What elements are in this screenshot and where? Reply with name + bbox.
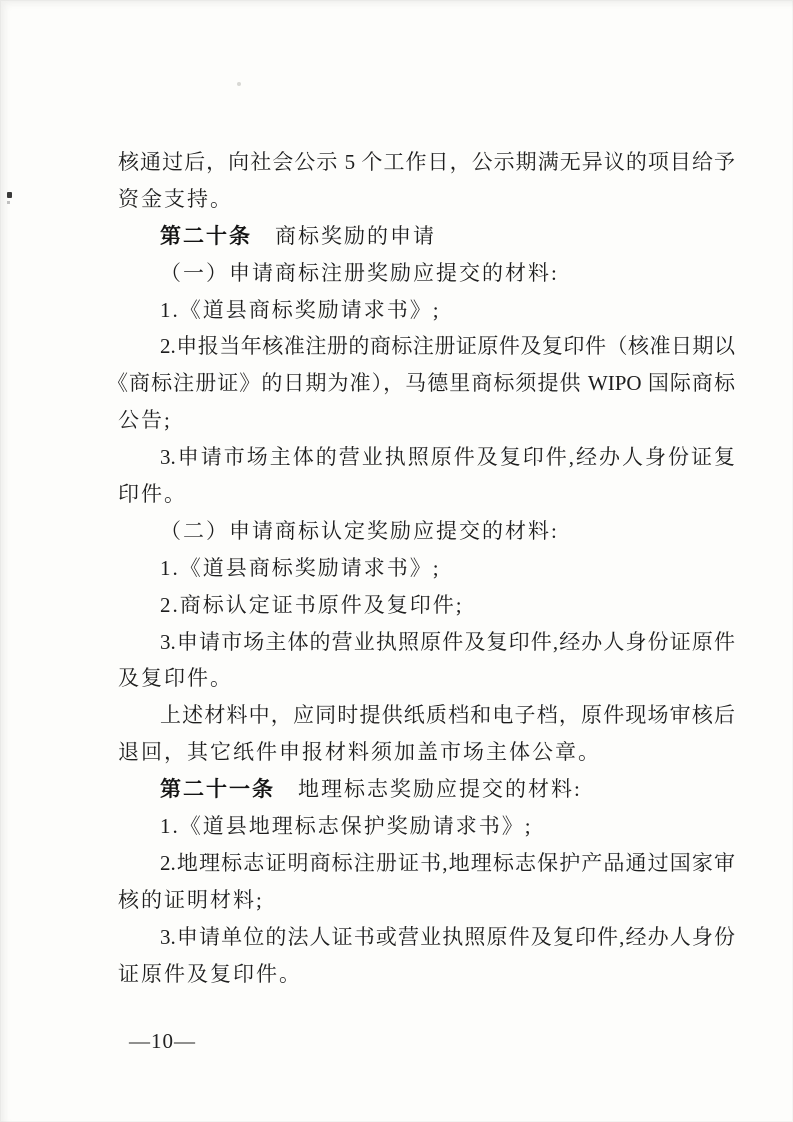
text-line: 核的证明材料; xyxy=(118,882,735,919)
text-segment: 及复印件。 xyxy=(118,666,233,690)
text-line: 2.申报当年核准注册的商标注册证原件及复印件（核准日期以 xyxy=(118,328,735,365)
text-segment: 1.《道县商标奖励请求书》; xyxy=(160,556,441,580)
text-segment: 退回，其它纸件申报材料须加盖市场主体公章。 xyxy=(118,740,601,764)
text-segment: 印件。 xyxy=(118,482,187,506)
text-segment: 3.申请市场主体的营业执照原件及复印件,经办人身份证原件 xyxy=(160,630,735,654)
text-segment: 核通过后，向社会公示 5 个工作日，公示期满无异议的项目给予 xyxy=(118,150,735,174)
text-segment: 证原件及复印件。 xyxy=(118,962,302,986)
text-line: 核通过后，向社会公示 5 个工作日，公示期满无异议的项目给予 xyxy=(118,144,735,181)
text-line: 印件。 xyxy=(118,476,735,513)
scan-speck-faint xyxy=(237,82,241,86)
text-line: （二）申请商标认定奖励应提交的材料: xyxy=(118,513,735,550)
article-number: 第二十条 xyxy=(160,225,252,248)
text-segment: 2.地理标志证明商标注册证书,地理标志保护产品通过国家审 xyxy=(160,851,735,875)
text-line: 1.《道县商标奖励请求书》; xyxy=(118,292,735,329)
text-line: 及复印件。 xyxy=(118,660,735,697)
text-line: 3.申请市场主体的营业执照原件及复印件,经办人身份证复 xyxy=(118,439,735,476)
text-segment: 公告; xyxy=(118,408,172,432)
scan-speck-light xyxy=(7,201,10,204)
text-segment: 1.《道县商标奖励请求书》; xyxy=(160,298,441,322)
text-segment: 3.申请单位的法人证书或营业执照原件及复印件,经办人身份 xyxy=(160,925,735,949)
text-line: 退回，其它纸件申报材料须加盖市场主体公章。 xyxy=(118,734,735,771)
page-number: —10— xyxy=(129,1029,196,1054)
text-line: 资金支持。 xyxy=(118,181,735,218)
text-segment: 上述材料中，应同时提供纸质档和电子档，原件现场审核后 xyxy=(160,703,735,727)
text-segment: 2.商标认定证书原件及复印件; xyxy=(160,593,464,617)
text-line: 2.商标认定证书原件及复印件; xyxy=(118,587,735,624)
article-number: 第二十一条 xyxy=(160,778,275,801)
text-line: 上述材料中，应同时提供纸质档和电子档，原件现场审核后 xyxy=(118,697,735,734)
text-segment: 资金支持。 xyxy=(118,187,233,211)
text-segment: 3.申请市场主体的营业执照原件及复印件,经办人身份证复 xyxy=(160,445,735,469)
text-line: 第二十条 商标奖励的申请 xyxy=(118,218,735,255)
text-segment: （二）申请商标认定奖励应提交的材料: xyxy=(160,519,559,543)
text-line: 2.地理标志证明商标注册证书,地理标志保护产品通过国家审 xyxy=(118,845,735,882)
text-line: 公告; xyxy=(118,402,735,439)
text-segment: 《商标注册证》的日期为准），马德里商标须提供 WIPO 国际商标 xyxy=(107,371,735,395)
text-segment: 商标奖励的申请 xyxy=(252,224,436,248)
text-segment: 核的证明材料; xyxy=(118,888,264,912)
text-line: 《商标注册证》的日期为准），马德里商标须提供 WIPO 国际商标 xyxy=(107,365,735,402)
text-segment: 地理标志奖励应提交的材料: xyxy=(275,777,582,801)
document-page: 核通过后，向社会公示 5 个工作日，公示期满无异议的项目给予资金支持。第二十条 … xyxy=(0,0,793,1122)
text-line: 3.申请市场主体的营业执照原件及复印件,经办人身份证原件 xyxy=(118,624,735,661)
text-line: （一）申请商标注册奖励应提交的材料: xyxy=(118,255,735,292)
text-segment: （一）申请商标注册奖励应提交的材料: xyxy=(160,261,559,285)
text-segment: 2.申报当年核准注册的商标注册证原件及复印件（核准日期以 xyxy=(160,334,735,358)
text-line: 第二十一条 地理标志奖励应提交的材料: xyxy=(118,771,735,808)
text-line: 1.《道县商标奖励请求书》; xyxy=(118,550,735,587)
scan-speck-dark xyxy=(7,192,12,198)
document-body: 核通过后，向社会公示 5 个工作日，公示期满无异议的项目给予资金支持。第二十条 … xyxy=(118,144,735,992)
text-line: 证原件及复印件。 xyxy=(118,956,735,993)
text-line: 3.申请单位的法人证书或营业执照原件及复印件,经办人身份 xyxy=(118,919,735,956)
text-line: 1.《道县地理标志保护奖励请求书》; xyxy=(118,808,735,845)
text-segment: 1.《道县地理标志保护奖励请求书》; xyxy=(160,814,533,838)
